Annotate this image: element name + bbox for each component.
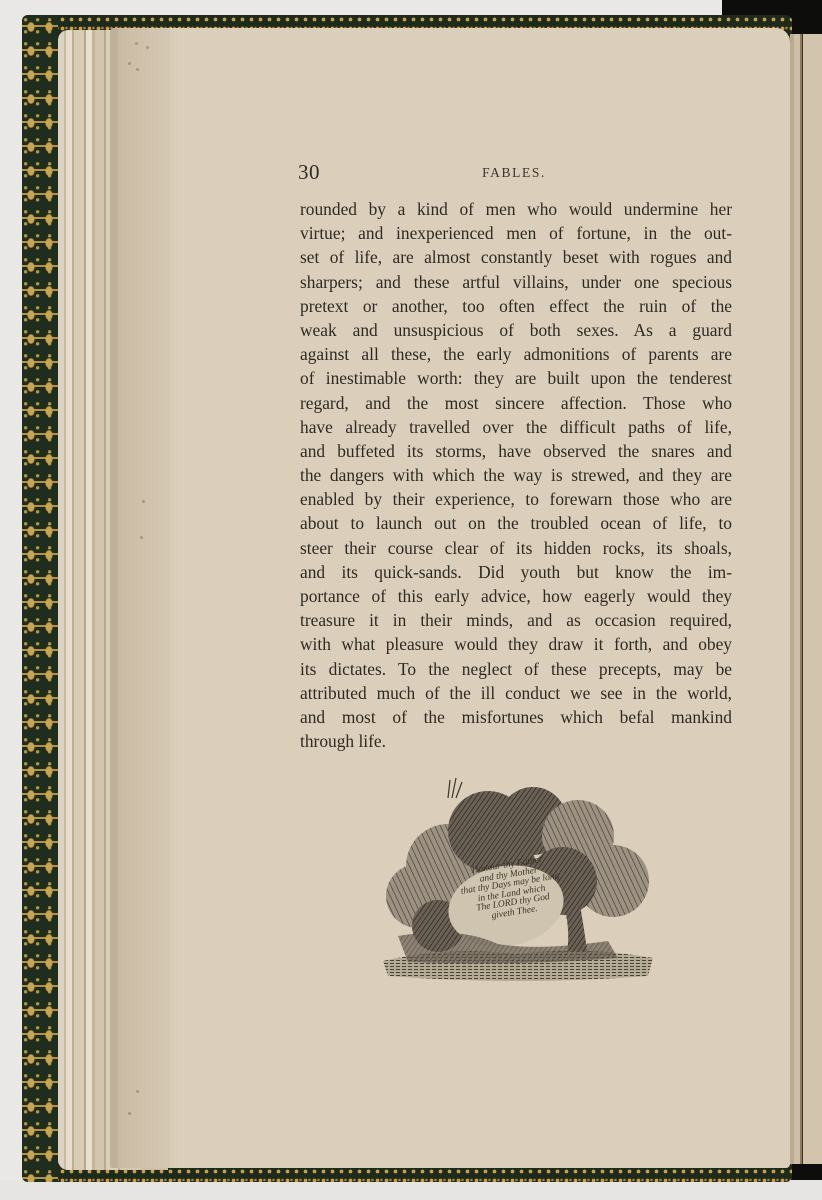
foxing-spot bbox=[140, 536, 143, 539]
text-line: enabled by their experience, to forewarn… bbox=[300, 487, 732, 511]
text-line: of inestimable worth: they are built upo… bbox=[300, 366, 732, 390]
text-line: and its quick-sands. Did youth but know … bbox=[300, 560, 732, 584]
right-flyleaf-edge bbox=[790, 34, 822, 1164]
text-line: set of life, are almost constantly beset… bbox=[300, 245, 732, 269]
text-line: weak and unsuspicious of both sexes. As … bbox=[300, 318, 732, 342]
text-line: and buffeted its storms, have observed t… bbox=[300, 439, 732, 463]
light-background bbox=[0, 1180, 822, 1200]
text-line: about to launch out on the troubled ocea… bbox=[300, 511, 732, 535]
text-line: pretext or another, too often effect the… bbox=[300, 294, 732, 318]
foxing-spot bbox=[136, 68, 139, 71]
page-header: 30 FABLES. bbox=[298, 160, 730, 190]
text-line: rounded by a kind of men who would under… bbox=[300, 197, 732, 221]
text-line: portance of this early advice, how eager… bbox=[300, 584, 732, 608]
gutter-shadow bbox=[110, 28, 180, 1168]
text-line: steer their course clear of its hidden r… bbox=[300, 536, 732, 560]
text-line: sharpers; and these artful villains, und… bbox=[300, 270, 732, 294]
text-line: with what pleasure would they draw it fo… bbox=[300, 632, 732, 656]
foxing-spot bbox=[128, 1112, 131, 1115]
text-line: against all these, the early admonitions… bbox=[300, 342, 732, 366]
text-line: and most of the misfortunes which befal … bbox=[300, 705, 732, 729]
text-line: its dictates. To the neglect of these pr… bbox=[300, 657, 732, 681]
gilt-binding-spine-edge bbox=[22, 15, 58, 1182]
text-line: have already travelled over the difficul… bbox=[300, 415, 732, 439]
text-line: virtue; and inexperienced men of fortune… bbox=[300, 221, 732, 245]
foxing-spot bbox=[146, 46, 149, 49]
text-line: attributed much of the ill conduct we se… bbox=[300, 681, 732, 705]
text-line: through life. bbox=[300, 729, 732, 753]
foxing-spot bbox=[136, 1090, 139, 1093]
body-text: rounded by a kind of men who would under… bbox=[300, 197, 732, 753]
text-line: treasure it in their minds, and as occas… bbox=[300, 608, 732, 632]
tree-engraving-vignette: Honour thy Father and thy Mother that th… bbox=[378, 776, 658, 986]
running-head: FABLES. bbox=[298, 165, 730, 181]
text-line: regard, and the most sincere affection. … bbox=[300, 391, 732, 415]
foxing-spot bbox=[135, 42, 138, 45]
foxing-spot bbox=[128, 62, 131, 65]
foxing-spot bbox=[142, 500, 145, 503]
text-line: the dangers with which the way is strewe… bbox=[300, 463, 732, 487]
